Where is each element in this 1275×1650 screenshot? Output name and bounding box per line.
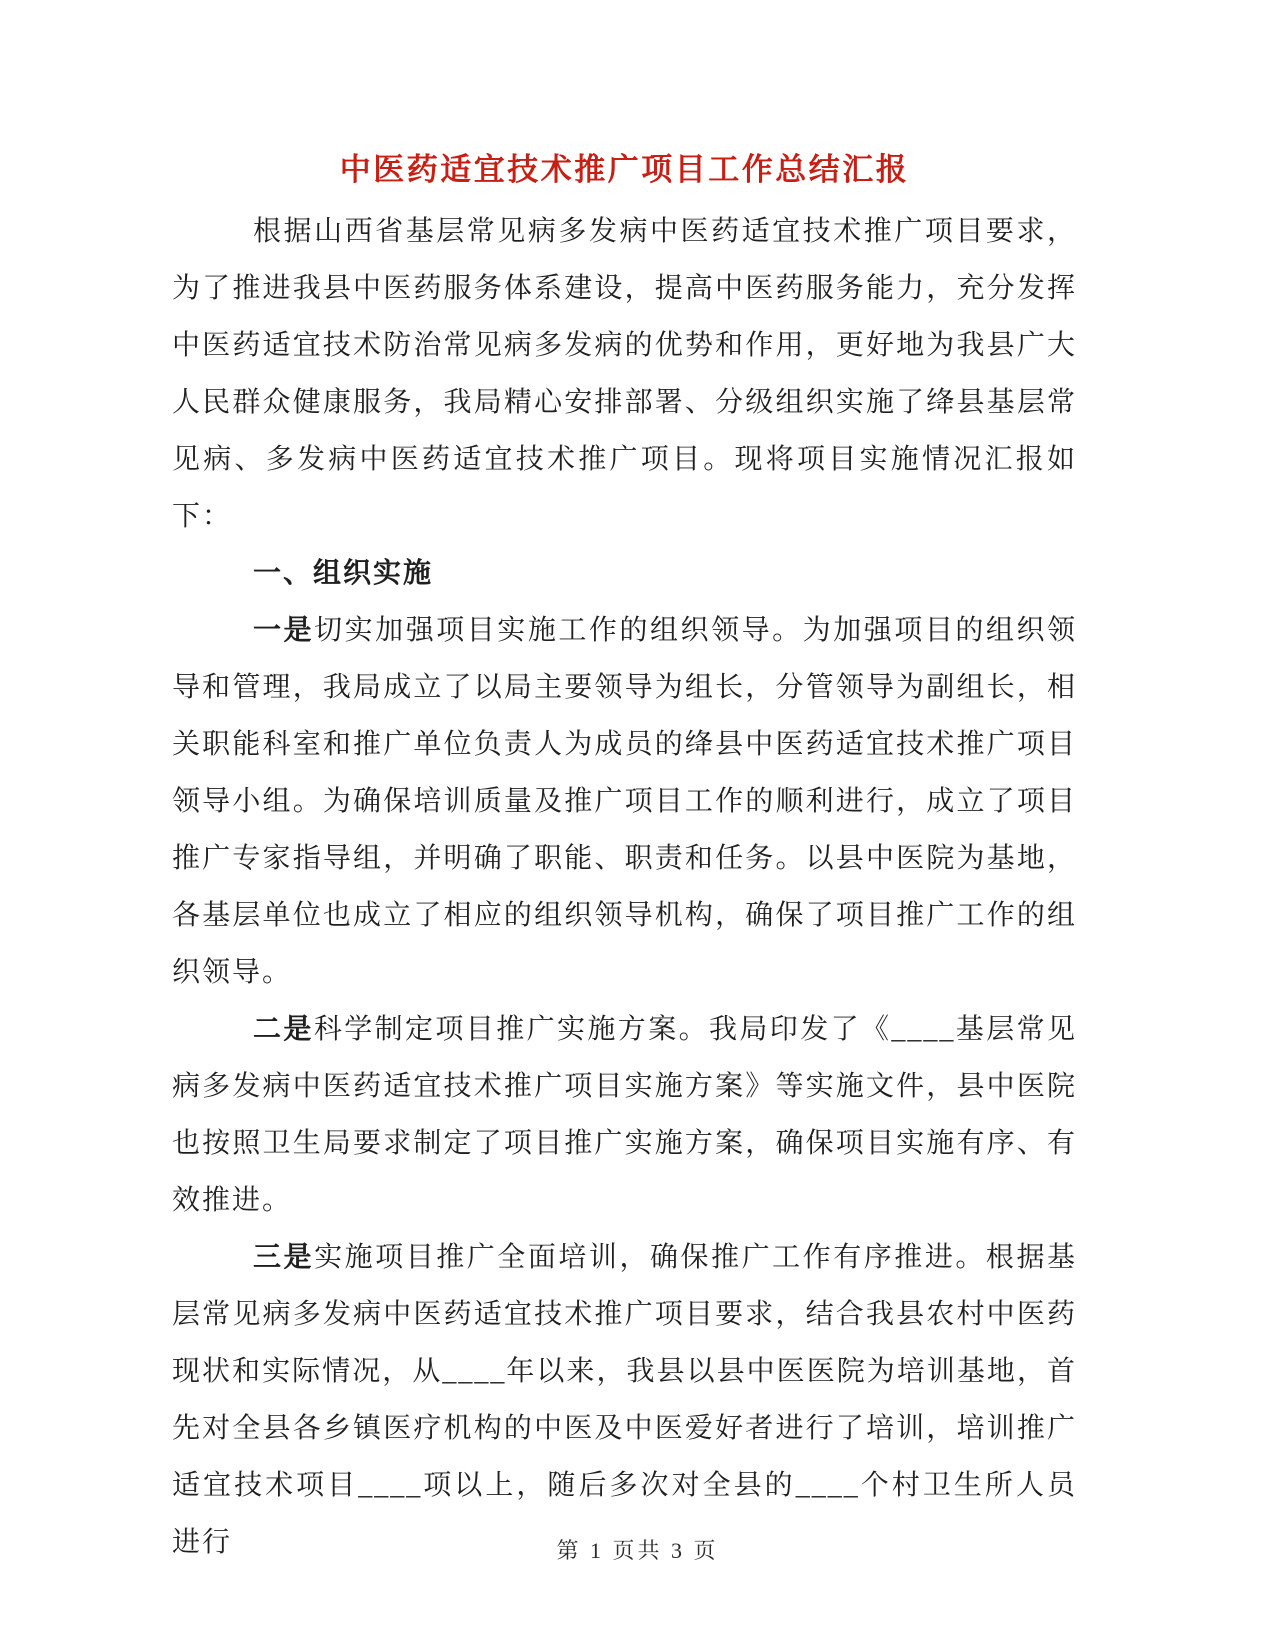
point-1-text: 切实加强项目实施工作的组织领导。为加强项目的组织领导和管理，我局成立了以局主要领… (172, 615, 1077, 988)
intro-paragraph: 根据山西省基层常见病多发病中医药适宜技术推广项目要求，为了推进我县中医药服务体系… (172, 203, 1077, 545)
document-body: 中医药适宜技术推广项目工作总结汇报 根据山西省基层常见病多发病中医药适宜技术推广… (172, 145, 1077, 1571)
point-3-text: 实施项目推广全面培训，确保推广工作有序推进。根据基层常见病多发病中医药适宜技术推… (172, 1242, 1077, 1558)
point-paragraph-3: 三是实施项目推广全面培训，确保推广工作有序推进。根据基层常见病多发病中医药适宜技… (172, 1229, 1077, 1571)
point-paragraph-1: 一是切实加强项目实施工作的组织领导。为加强项目的组织领导和管理，我局成立了以局主… (172, 602, 1077, 1001)
page-number-footer: 第 1 页共 3 页 (0, 1534, 1275, 1565)
intro-paragraph-text: 根据山西省基层常见病多发病中医药适宜技术推广项目要求，为了推进我县中医药服务体系… (172, 216, 1077, 532)
document-page: 中医药适宜技术推广项目工作总结汇报 根据山西省基层常见病多发病中医药适宜技术推广… (0, 0, 1275, 1650)
section-heading: 一、组织实施 (172, 545, 1077, 602)
point-3-lead: 三是 (253, 1242, 314, 1273)
point-2-lead: 二是 (253, 1014, 314, 1045)
point-paragraph-2: 二是科学制定项目推广实施方案。我局印发了《____基层常见病多发病中医药适宜技术… (172, 1001, 1077, 1229)
document-title: 中医药适宜技术推广项目工作总结汇报 (172, 145, 1077, 195)
point-1-lead: 一是 (253, 615, 314, 646)
